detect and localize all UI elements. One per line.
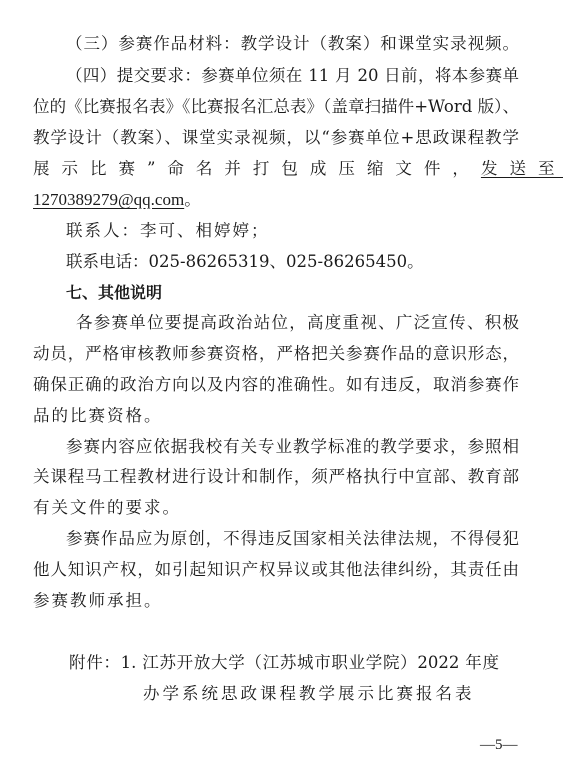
notes-p2-line3: 有关文件的要求。	[33, 498, 519, 518]
contact-phone: 联系电话：025-86265319、025-86265450。	[66, 252, 519, 272]
notes-p3-line1: 参赛作品应为原创，不得违反国家相关法律法规，不得侵犯	[66, 529, 519, 549]
paragraph-submission-line4: 展示比赛”命名并打包成压缩文件， 发送至邮箱	[33, 159, 519, 179]
notes-p2-line2: 关课程马工程教材进行设计和制作，须严格执行中宣部、教育部	[33, 467, 519, 487]
notes-p1-line2: 动员，严格审核教师参赛资格，严格把关参赛作品的意识形态，	[33, 344, 519, 364]
email-line: 1270389279@qq.com。	[33, 190, 519, 210]
submission-text: 展示比赛”命名并打包成压缩文件，	[33, 159, 481, 179]
notes-p2-line1: 参赛内容应依据我校有关专业教学标准的教学要求，参照相	[66, 437, 519, 457]
notes-p3-line2: 他人知识产权，如引起知识产权异议或其他法律纠纷，其责任由	[33, 560, 519, 580]
paragraph-submission-line3: 教学设计（教案）、课堂实录视频，以“参赛单位+思政课程教学	[33, 128, 519, 148]
notes-p1-line4: 品的比赛资格。	[33, 406, 519, 426]
notes-p1-line3: 确保正确的政治方向以及内容的准确性。如有违反，取消参赛作	[33, 375, 519, 395]
attachment-line2: 办学系统思政课程教学展示比赛报名表	[143, 684, 443, 704]
paragraph-submission-line1: （四）提交要求：参赛单位须在 11 月 20 日前，将本参赛单	[66, 66, 519, 86]
send-to-email-text: 发送至邮箱	[481, 159, 563, 179]
paragraph-materials: （三）参赛作品材料：教学设计（教案）和课堂实录视频。	[66, 34, 519, 54]
email-link[interactable]: 1270389279@qq.com	[33, 190, 184, 209]
page-number: —5—	[480, 737, 518, 754]
contact-person: 联系人：李可、相婷婷；	[66, 221, 519, 241]
attachment-line1: 附件：1. 江苏开放大学（江苏城市职业学院）2022 年度	[69, 653, 499, 673]
email-period: 。	[184, 190, 201, 209]
notes-p1-line1: 各参赛单位要提高政治站位，高度重视、广泛宣传、积极	[76, 313, 519, 333]
notes-p3-line3: 参赛教师承担。	[33, 591, 519, 611]
paragraph-submission-line2: 位的《比赛报名表》《比赛报名汇总表》（盖章扫描件+Word 版）、	[33, 97, 519, 117]
section-title-other-notes: 七、其他说明	[66, 283, 519, 303]
